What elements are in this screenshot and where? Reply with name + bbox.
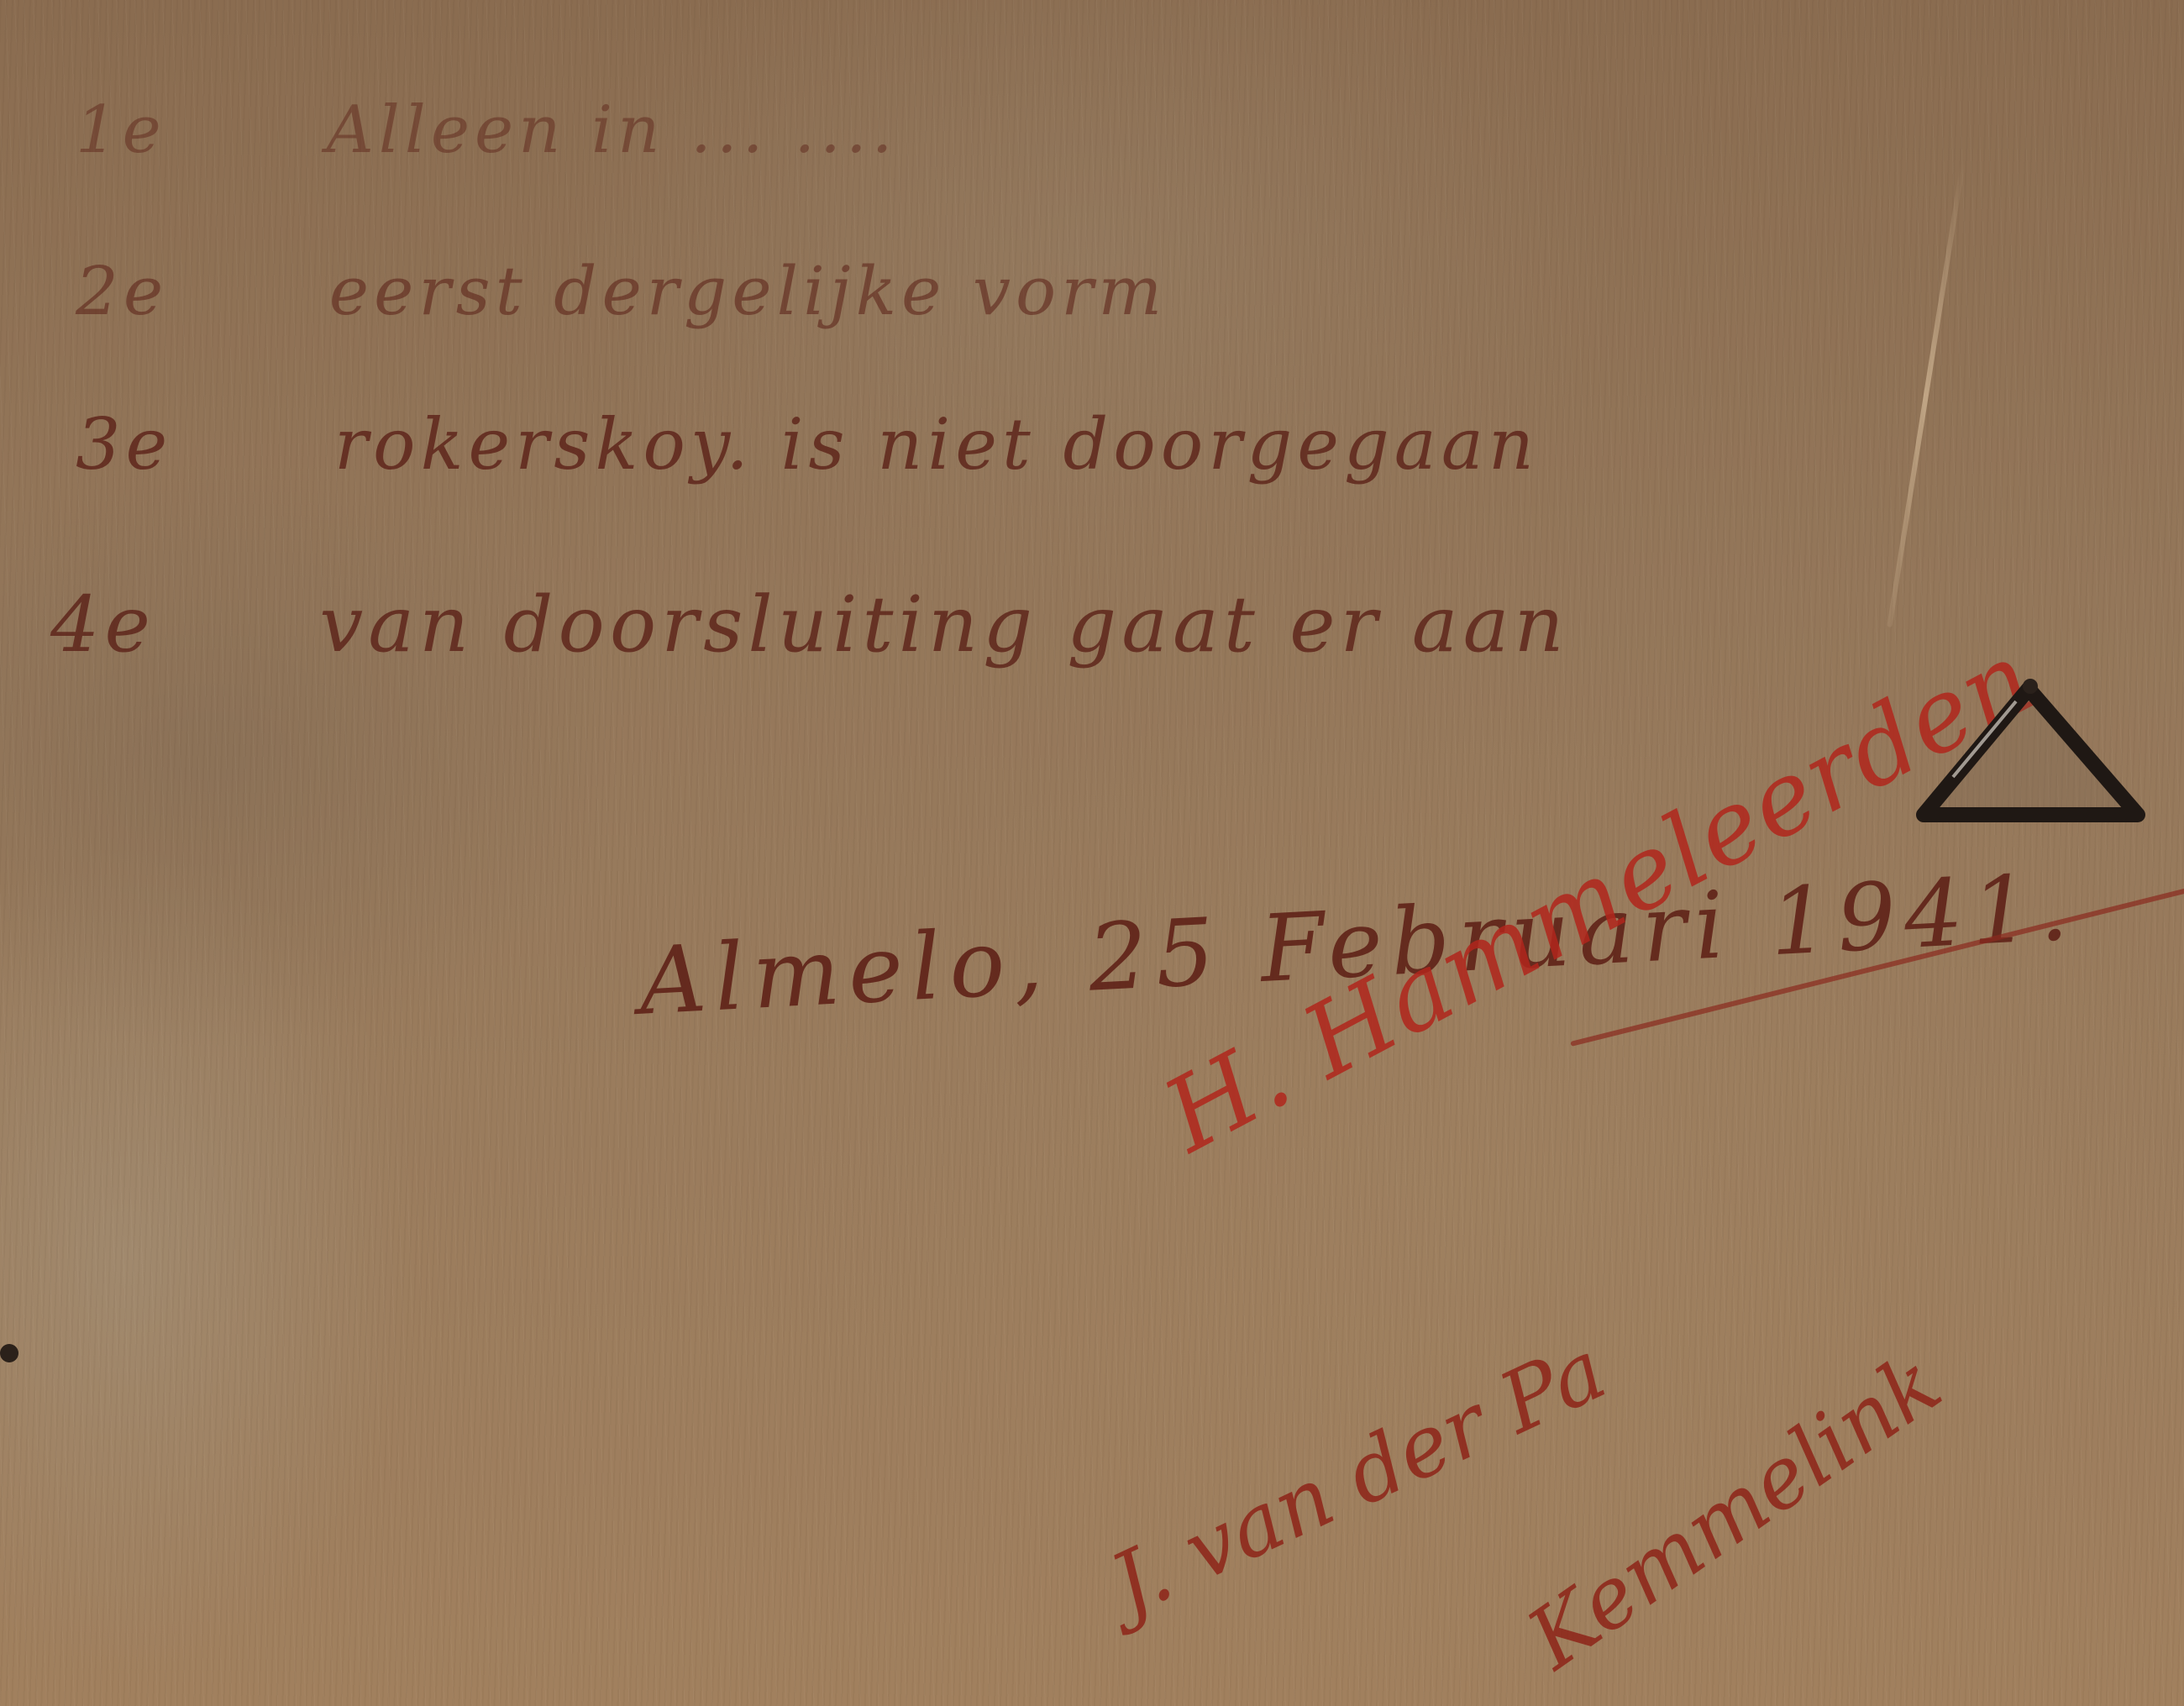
line-text: van doorsluiting gaat er aan xyxy=(319,580,1569,669)
line-marker: 1e xyxy=(76,92,166,168)
line-marker: 4e xyxy=(50,580,155,669)
line-text: rokerskoy. is niet doorgegaan xyxy=(334,403,1539,486)
note-line-4: 4e van doorsluiting gaat er aan xyxy=(50,580,1569,669)
note-line-2: 2e eerst dergelijke vorm xyxy=(76,252,1167,330)
cardboard-backing: 1e Alleen in ... .... 2e eerst dergelijk… xyxy=(0,0,2184,1706)
line-text: eerst dergelijke vorm xyxy=(329,252,1168,330)
line-marker: 2e xyxy=(76,252,168,330)
note-line-1: 1e Alleen in ... .... xyxy=(76,92,898,168)
note-line-3: 3e rokerskoy. is niet doorgegaan xyxy=(76,403,1539,486)
scratch-mark xyxy=(1887,162,1966,627)
line-text: Alleen in ... .... xyxy=(327,92,898,168)
nail-hole xyxy=(0,1344,18,1362)
line-marker: 3e xyxy=(76,403,172,486)
triangular-wire-hanger-icon xyxy=(1903,668,2155,844)
